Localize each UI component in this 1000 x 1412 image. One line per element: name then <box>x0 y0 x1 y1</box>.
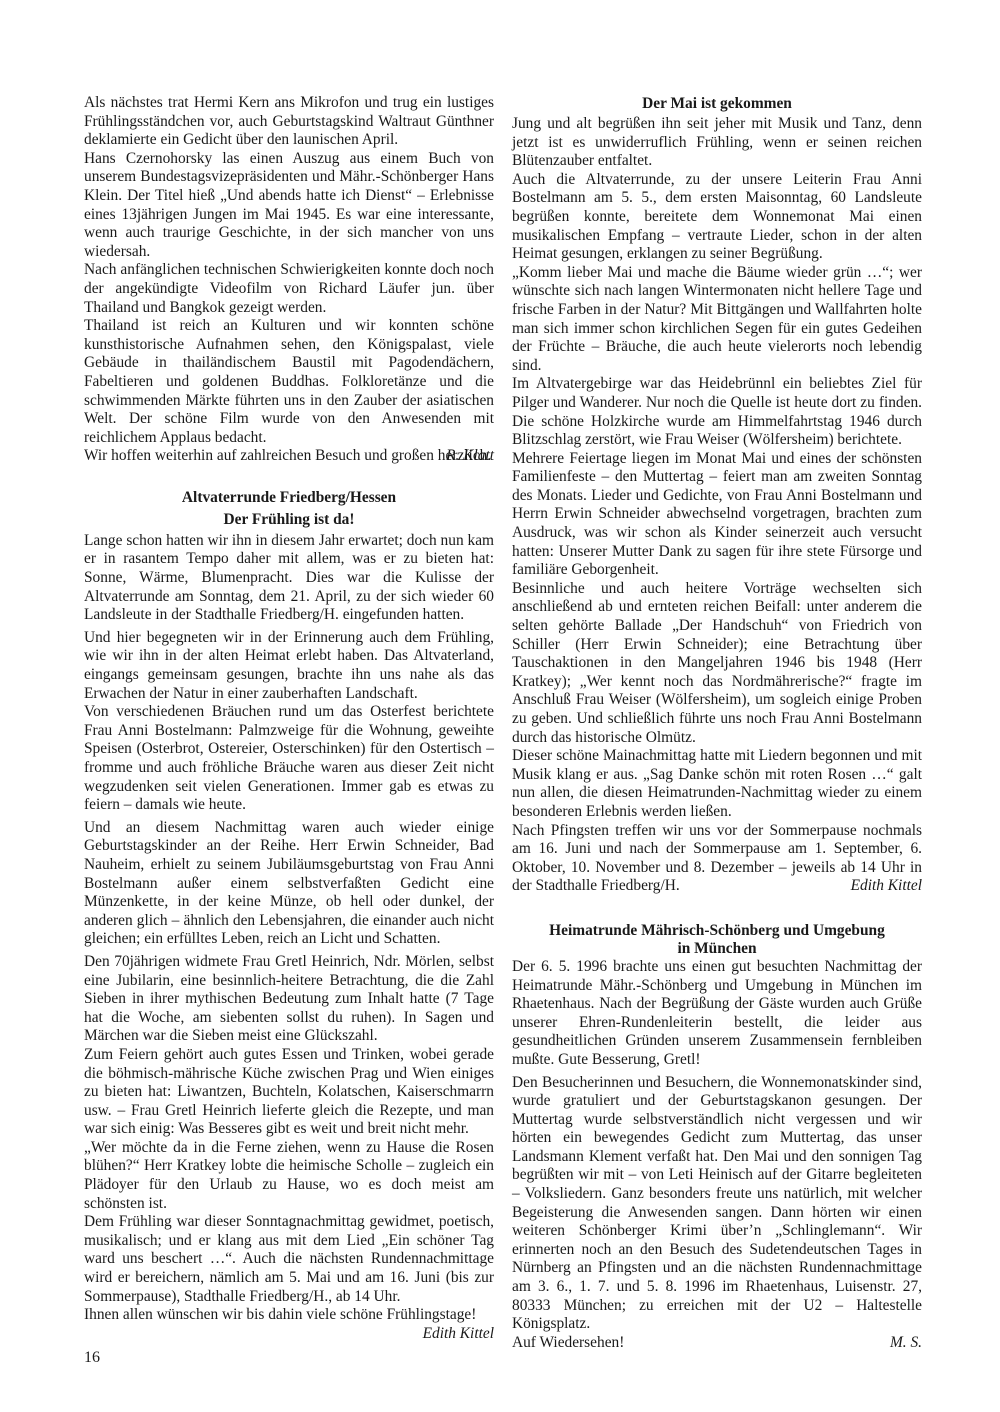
paragraph: Der 6. 5. 1996 brachte uns einen gut bes… <box>512 958 922 1070</box>
paragraph: Jung und alt begrüßen ihn seit jeher mit… <box>512 115 922 171</box>
paragraph: Im Altvatergebirge war das Heidebrünnl e… <box>512 375 922 449</box>
article-subtitle: Der Frühling ist da! <box>84 510 494 530</box>
paragraph: Mehrere Feiertage liegen im Monat Mai un… <box>512 450 922 580</box>
paragraph: Dieser schöne Mainachmittag hatte mit Li… <box>512 747 922 821</box>
paragraph: Den 70jährigen widmete Frau Gretl Heinri… <box>84 953 494 1046</box>
signature: Edith Kittel <box>84 1325 494 1344</box>
page-number: 16 <box>84 1349 100 1367</box>
paragraph: Nach anfänglichen technischen Schwierigk… <box>84 261 494 317</box>
paragraph: Von verschiedenen Bräuchen rund um das O… <box>84 703 494 815</box>
paragraph: Als nächstes trat Hermi Kern ans Mikrofo… <box>84 94 494 150</box>
paragraph: Zum Feiern gehört auch gutes Essen und T… <box>84 1046 494 1139</box>
left-column: Als nächstes trat Hermi Kern ans Mikrofo… <box>84 94 494 1343</box>
article-title: Heimatrunde Mährisch-Schönberg und Umgeb… <box>512 922 922 940</box>
document-page: Als nächstes trat Hermi Kern ans Mikrofo… <box>0 0 1000 1412</box>
article-title: Altvaterrunde Friedberg/Hessen <box>84 488 494 508</box>
paragraph: Dem Frühling war dieser Sonntagnachmitta… <box>84 1213 494 1306</box>
article-title-line2: in München <box>512 940 922 958</box>
paragraph: „Komm lieber Mai und mache die Bäume wie… <box>512 264 922 376</box>
paragraph: Den Besucherinnen und Besuchern, die Won… <box>512 1074 922 1334</box>
paragraph: Auch die Altvaterrunde, zu der unsere Le… <box>512 171 922 264</box>
paragraph: „Wer möchte da in die Ferne ziehen, wenn… <box>84 1139 494 1213</box>
paragraph: Ihnen allen wünschen wir bis dahin viele… <box>84 1306 494 1325</box>
paragraph: Und an diesem Nachmittag waren auch wied… <box>84 819 494 949</box>
spacer <box>512 896 922 922</box>
paragraph: Thailand ist reich an Kulturen und wir k… <box>84 317 494 447</box>
paragraph: Und hier begegneten wir in der Erinnerun… <box>84 629 494 703</box>
paragraph: Lange schon hatten wir ihn in diesem Jah… <box>84 532 494 625</box>
paragraph: Hans Czernohorsky las einen Auszug aus e… <box>84 150 494 262</box>
paragraph: Besinnliche und auch heitere Vorträge we… <box>512 580 922 747</box>
paragraph: Wir hoffen weiterhin auf zahlreichen Bes… <box>84 447 494 466</box>
article-title: Der Mai ist gekommen <box>512 94 922 114</box>
right-column: Der Mai ist gekommen Jung und alt begrüß… <box>512 94 922 1352</box>
spacer <box>84 466 494 488</box>
